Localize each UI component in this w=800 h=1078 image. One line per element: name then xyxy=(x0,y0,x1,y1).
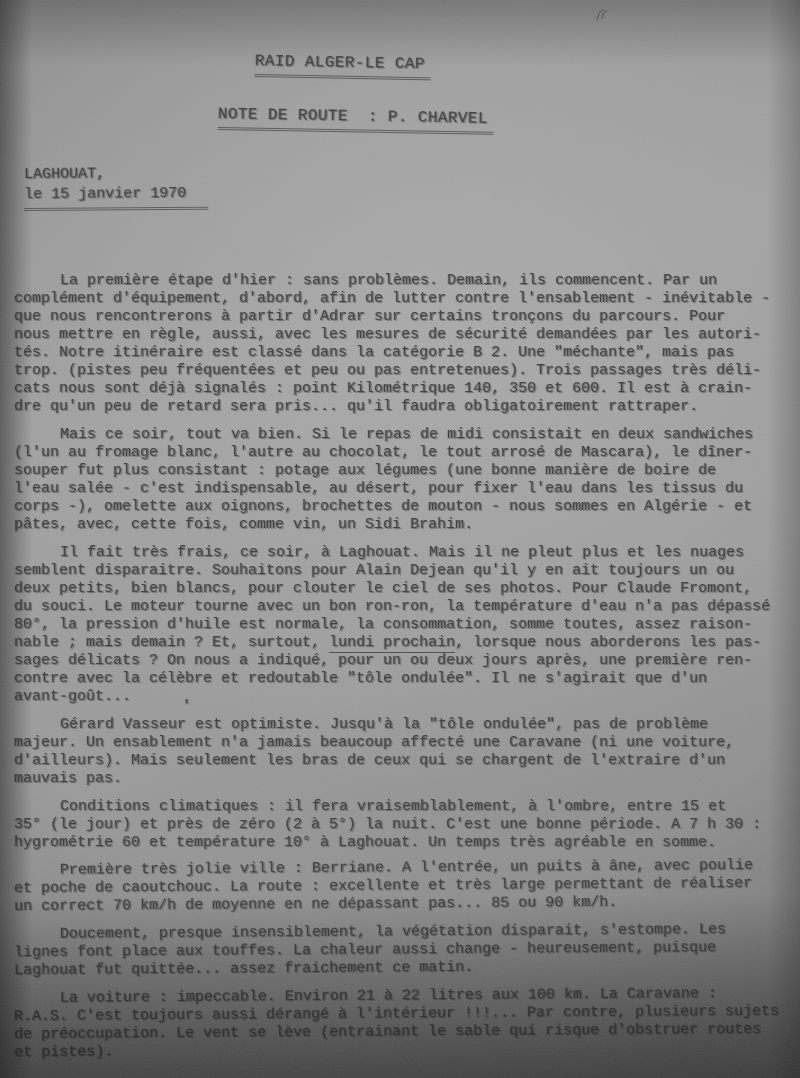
paragraph: Il fait très frais, ce soir, à Laghouat.… xyxy=(14,544,800,706)
paragraph: La première étape d'hier : sans problème… xyxy=(14,272,800,416)
paragraph: Conditions climatiques : il fera vraisem… xyxy=(14,798,800,852)
text-line: 35° (le jour) et près de zéro (2 à 5°) l… xyxy=(14,816,800,834)
paragraph: Doucement, presque insensiblement, la vé… xyxy=(14,921,800,980)
text-line: l'eau salée - c'est indispensable, au dé… xyxy=(14,480,800,498)
document-title: RAID ALGER-LE CAP xyxy=(255,52,431,80)
paragraph: Gérard Vasseur est optimiste. Jusqu'à la… xyxy=(14,716,800,788)
text-line: mauvais pas. xyxy=(14,770,800,788)
pen-mark xyxy=(594,6,612,26)
document-page: RAID ALGER-LE CAP NOTE DE ROUTE : P. CHA… xyxy=(0,0,800,1078)
place-date-block: LAGHOUAT, le 15 janvier 1970 xyxy=(24,165,208,211)
document-body: La première étape d'hier : sans problème… xyxy=(14,272,800,1072)
text-line: du souci. Le moteur tourne avec un bon r… xyxy=(14,598,800,616)
text-line: Conditions climatiques : il fera vraisem… xyxy=(14,798,800,816)
paragraph: Mais ce soir, tout va bien. Si le repas … xyxy=(14,426,800,534)
text-line: dre qu'un peu de retard sera pris... qu'… xyxy=(14,398,800,416)
text-line: d'ailleurs). Mais seulement les bras de … xyxy=(14,752,800,770)
text-line: corps -), omelette aux oignons, brochett… xyxy=(14,498,800,516)
text-line: sages délicats ? On nous a indiqué, pour… xyxy=(14,652,800,670)
text-line: contre avec la célèbre et redoutable "tô… xyxy=(14,670,800,688)
text-line: Mais ce soir, tout va bien. Si le repas … xyxy=(14,426,800,444)
text-line: nable ; mais demain ? Et, surtout, lundi… xyxy=(14,634,800,652)
document-subtitle: NOTE DE ROUTE : P. CHARVEL xyxy=(218,105,494,135)
place-name: LAGHOUAT, xyxy=(24,165,208,183)
text-line: nous mettre en règle, aussi, avec les me… xyxy=(14,326,800,344)
text-line: deux petits, bien blancs, pour clouter l… xyxy=(14,580,800,598)
paragraph: Première très jolie ville : Berriane. A … xyxy=(14,857,800,916)
text-line: tés. Notre itinéraire est classé dans la… xyxy=(14,344,800,362)
text-line: semblent disparaitre. Souhaitons pour Al… xyxy=(14,562,800,580)
text-line: Gérard Vasseur est optimiste. Jusqu'à la… xyxy=(14,716,800,734)
stray-mark: ' xyxy=(182,698,191,715)
text-line: Il fait très frais, ce soir, à Laghouat.… xyxy=(14,544,800,562)
text-line: pâtes, avec, cette fois, comme vin, un S… xyxy=(14,516,800,534)
text-line: La première étape d'hier : sans problème… xyxy=(14,272,800,290)
text-line: que nous rencontrerons à partir d'Adrar … xyxy=(14,308,800,326)
document-date: le 15 janvier 1970 xyxy=(24,185,208,211)
document-subtitle-wrap: NOTE DE ROUTE : P. CHARVEL xyxy=(218,105,494,135)
underlined-phrase: lundi prochain xyxy=(329,634,455,653)
document-header: RAID ALGER-LE CAP xyxy=(255,52,431,80)
text-line: complément d'équipement, d'abord, afin d… xyxy=(14,290,800,308)
text-line: avant-goût... xyxy=(14,688,800,706)
text-line: 80°, la pression d'huile est normale, la… xyxy=(14,616,800,634)
text-line: hygrométrie 60 et température 10° à Lagh… xyxy=(14,834,800,852)
text-line: souper fut plus consistant : potage aux … xyxy=(14,462,800,480)
paragraph: La voiture : impeccable. Environ 21 à 22… xyxy=(14,985,800,1062)
text-line: trop. (pistes peu fréquentées et peu ou … xyxy=(14,362,800,380)
text-line: cats nous sont déjà signalés : point Kil… xyxy=(14,380,800,398)
text-line: (l'un au fromage blanc, l'autre au choco… xyxy=(14,444,800,462)
text-line: majeur. Un ensablement n'a jamais beauco… xyxy=(14,734,800,752)
